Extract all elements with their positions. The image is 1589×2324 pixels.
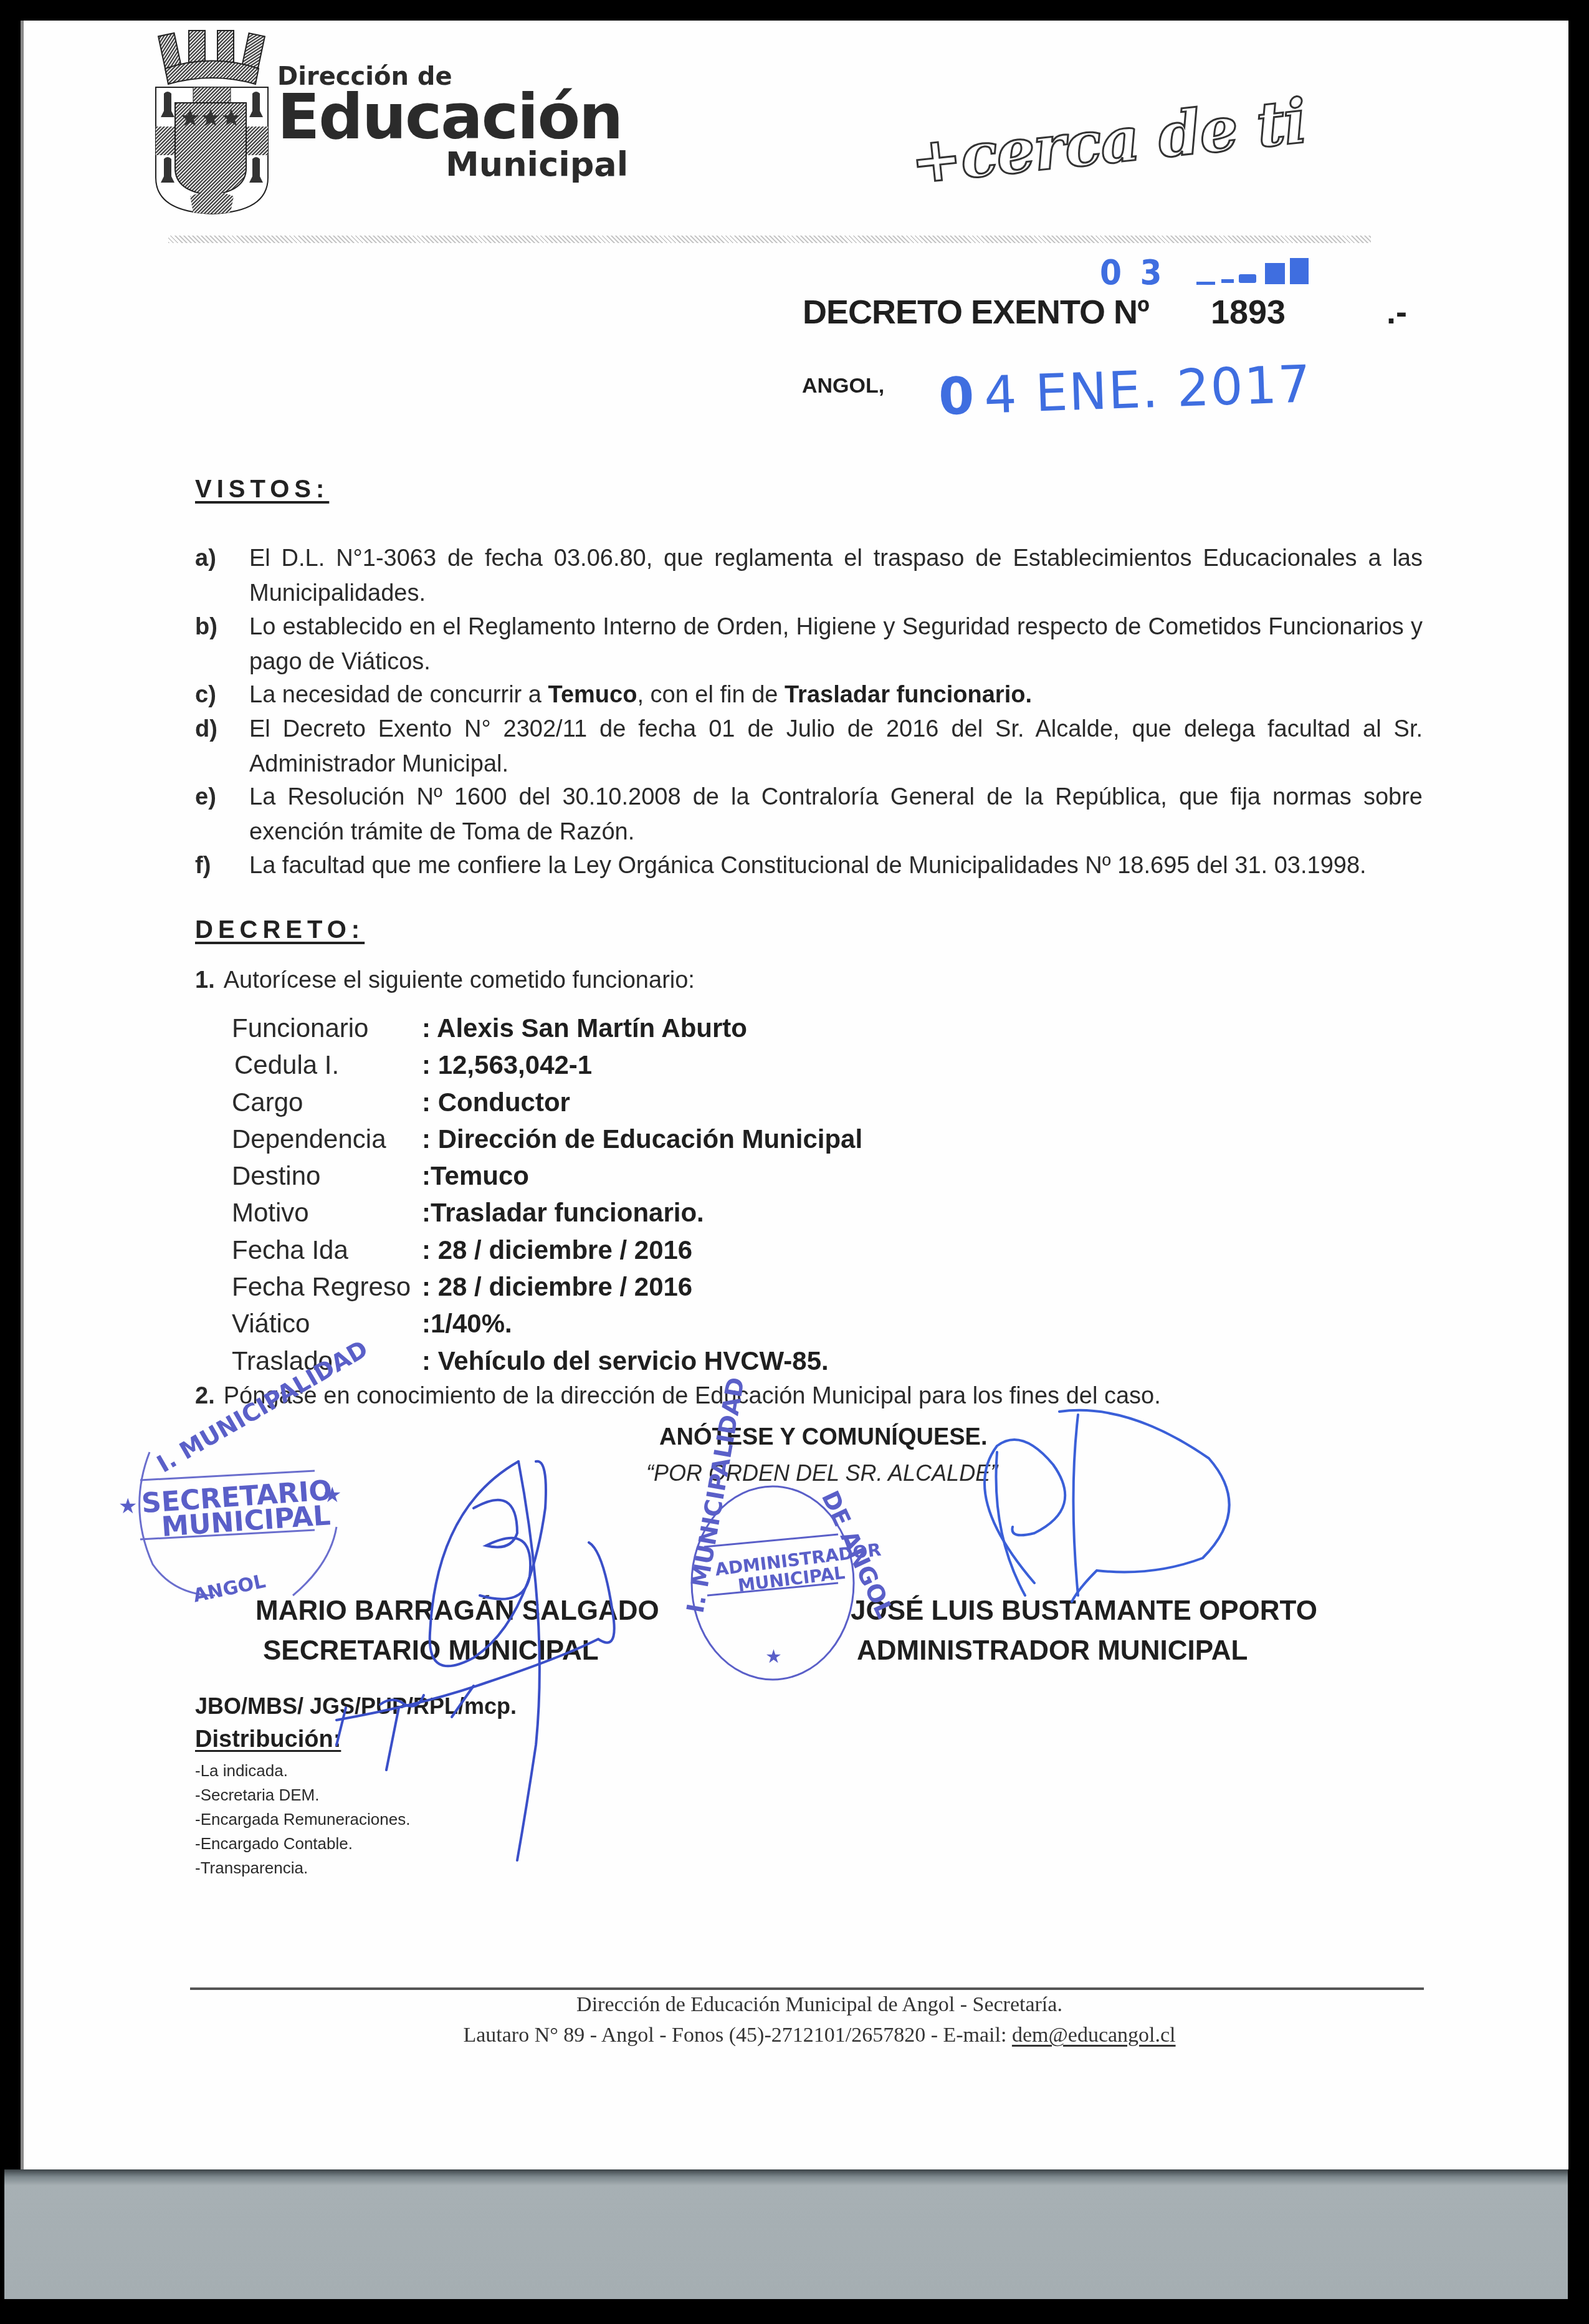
vistos-item-e: e) La Resolución Nº 1600 del 30.10.2008 … bbox=[195, 780, 1423, 849]
field-label: Viático bbox=[232, 1305, 422, 1342]
point-text: Póngase en conocimiento de la dirección … bbox=[224, 1383, 1161, 1409]
footer-address: Lautaro N° 89 - Angol - Fonos (45)-27121… bbox=[463, 2024, 1011, 2047]
date-stamp-text: 4 ENE. 2017 bbox=[983, 355, 1313, 425]
vistos-heading: VISTOS: bbox=[195, 476, 329, 504]
cometido-fields: Funcionario: Alexis San Martín AburtoCed… bbox=[232, 1010, 862, 1379]
field-row: Traslado: Vehículo del servicio HVCW-85. bbox=[232, 1342, 862, 1379]
signatory-role: SECRETARIO MUNICIPAL bbox=[255, 1631, 659, 1671]
item-label: e) bbox=[195, 780, 216, 815]
field-value: : 28 / diciembre / 2016 bbox=[422, 1231, 692, 1268]
item-label: b) bbox=[195, 610, 217, 644]
signatory-name: MARIO BARRAGÁN SALGADO bbox=[255, 1591, 659, 1631]
field-row: Destino:Temuco bbox=[232, 1157, 862, 1194]
decree-number: 1893 bbox=[1211, 293, 1286, 332]
field-value: :Trasladar funcionario. bbox=[422, 1194, 704, 1231]
footer-office: Dirección de Educación Municipal de Ango… bbox=[0, 1993, 1589, 2017]
point-text: Autorícese el siguiente cometido funcion… bbox=[224, 967, 695, 993]
point-number: 2. bbox=[195, 1383, 215, 1409]
signature-block-secretary: MARIO BARRAGÁN SALGADO SECRETARIO MUNICI… bbox=[255, 1591, 659, 1671]
field-label: Cargo bbox=[232, 1084, 422, 1121]
item-text: El D.L. N°1-3063 de fecha 03.06.80, que … bbox=[249, 541, 1423, 611]
field-value: : Dirección de Educación Municipal bbox=[422, 1121, 862, 1157]
footer-divider bbox=[190, 1987, 1424, 1990]
field-label: Funcionario bbox=[232, 1010, 422, 1046]
scanner-bed bbox=[4, 2169, 1568, 2299]
distribution-heading: Distribución: bbox=[195, 1726, 341, 1753]
field-row: Cedula I.: 12,563,042-1 bbox=[232, 1046, 862, 1083]
decree-trailing: .- bbox=[1386, 293, 1407, 332]
field-row: Funcionario: Alexis San Martín Aburto bbox=[232, 1010, 862, 1046]
footer-email-link[interactable]: dem@educangol.cl bbox=[1012, 2024, 1176, 2047]
field-row: Motivo:Trasladar funcionario. bbox=[232, 1194, 862, 1231]
field-row: Cargo: Conductor bbox=[232, 1084, 862, 1121]
initials: JBO/MBS/ JGS/PUP/RPL/mcp. bbox=[195, 1693, 517, 1719]
field-label: Destino bbox=[232, 1157, 422, 1194]
field-row: Fecha Ida: 28 / diciembre / 2016 bbox=[232, 1231, 862, 1268]
distribution-list: -La indicada. -Secretaria DEM. -Encargad… bbox=[195, 1759, 410, 1880]
field-value: :1/40%. bbox=[422, 1305, 512, 1342]
field-label: Motivo bbox=[232, 1194, 422, 1231]
item-label: c) bbox=[195, 677, 216, 712]
field-label: Dependencia bbox=[232, 1121, 422, 1157]
distribution-item: -Transparencia. bbox=[195, 1856, 410, 1880]
decreto-heading: DECRETO: bbox=[195, 916, 365, 944]
item-text-part: La necesidad de concurrir a bbox=[249, 682, 548, 708]
brand-line-3: Municipal bbox=[446, 145, 628, 184]
reason-bold: Trasladar funcionario. bbox=[785, 682, 1032, 708]
decree-title: DECRETO EXENTO Nº bbox=[803, 293, 1149, 332]
item-label: a) bbox=[195, 541, 216, 576]
signatory-name: JOSÉ LUIS BUSTAMANTE OPORTO bbox=[851, 1591, 1317, 1631]
field-row: Fecha Regreso: 28 / diciembre / 2016 bbox=[232, 1268, 862, 1305]
page-edge bbox=[21, 21, 24, 2169]
field-value: : Conductor bbox=[422, 1084, 570, 1121]
item-text: La Resolución Nº 1600 del 30.10.2008 de … bbox=[249, 780, 1423, 849]
vistos-item-d: d) El Decreto Exento N° 2302/11 de fecha… bbox=[195, 712, 1423, 782]
item-text: La facultad que me confiere la Ley Orgán… bbox=[249, 848, 1423, 883]
distribution-item: -Secretaria DEM. bbox=[195, 1783, 410, 1807]
vistos-item-c: c) La necesidad de concurrir a Temuco, c… bbox=[195, 677, 1423, 712]
field-value: : 12,563,042-1 bbox=[422, 1046, 592, 1083]
vistos-item-a: a) El D.L. N°1-3063 de fecha 03.06.80, q… bbox=[195, 541, 1423, 611]
field-row: Dependencia: Dirección de Educación Muni… bbox=[232, 1121, 862, 1157]
item-text: El Decreto Exento N° 2302/11 de fecha 01… bbox=[249, 712, 1423, 782]
coat-of-arms-icon bbox=[153, 28, 271, 215]
field-label: Fecha Ida bbox=[232, 1231, 422, 1268]
header-divider bbox=[168, 236, 1371, 243]
order-text: “POR ORDEN DEL SR. ALCALDE” bbox=[646, 1460, 998, 1486]
decreto-point-1: 1.Autorícese el siguiente cometido funci… bbox=[195, 963, 695, 998]
item-text: La necesidad de concurrir a Temuco, con … bbox=[249, 677, 1423, 712]
stamp-number: 0 3 bbox=[1100, 252, 1166, 293]
field-row: Viático:1/40%. bbox=[232, 1305, 862, 1342]
field-label: Traslado bbox=[232, 1342, 422, 1379]
decreto-point-2: 2.Póngase en conocimiento de la direcció… bbox=[195, 1379, 1161, 1413]
point-number: 1. bbox=[195, 967, 215, 993]
signature-block-administrator: JOSÉ LUIS BUSTAMANTE OPORTO ADMINISTRADO… bbox=[851, 1591, 1317, 1671]
distribution-item: -Encargada Remuneraciones. bbox=[195, 1807, 410, 1832]
field-label: Cedula I. bbox=[232, 1046, 422, 1083]
item-text-part: , con el fin de bbox=[637, 682, 785, 708]
distribution-item: -Encargado Contable. bbox=[195, 1832, 410, 1856]
item-label: f) bbox=[195, 848, 211, 883]
item-label: d) bbox=[195, 712, 217, 747]
vistos-item-f: f) La facultad que me confiere la Ley Or… bbox=[195, 848, 1423, 883]
stamp-marks-icon bbox=[1196, 256, 1352, 293]
footer-contact: Lautaro N° 89 - Angol - Fonos (45)-27121… bbox=[0, 2024, 1589, 2047]
field-value: : Alexis San Martín Aburto bbox=[422, 1010, 747, 1046]
brand-line-2: Educación bbox=[277, 86, 622, 148]
vistos-item-b: b) Lo establecido en el Reglamento Inter… bbox=[195, 610, 1423, 679]
distribution-item: -La indicada. bbox=[195, 1759, 410, 1783]
city-label: ANGOL, bbox=[802, 374, 884, 398]
field-label: Fecha Regreso bbox=[232, 1268, 422, 1305]
item-text: Lo establecido en el Reglamento Interno … bbox=[249, 610, 1423, 679]
field-value: :Temuco bbox=[422, 1157, 529, 1194]
field-value: : 28 / diciembre / 2016 bbox=[422, 1268, 692, 1305]
annotate-text: ANÓTESE Y COMUNÍQUESE. bbox=[659, 1424, 987, 1451]
date-stamp-zero: 0 bbox=[938, 366, 976, 427]
destination-bold: Temuco bbox=[548, 682, 637, 708]
signatory-role: ADMINISTRADOR MUNICIPAL bbox=[851, 1631, 1317, 1671]
field-value: : Vehículo del servicio HVCW-85. bbox=[422, 1342, 829, 1379]
